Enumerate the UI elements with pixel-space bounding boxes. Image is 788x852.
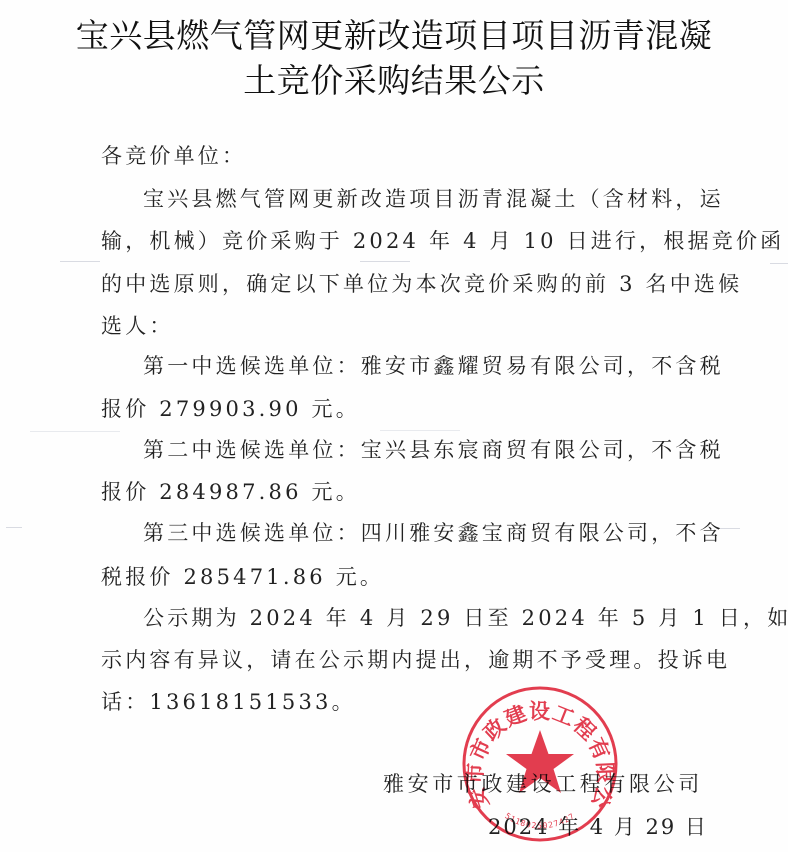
candidate-1-price-line: 报价 279903.90 元。 bbox=[101, 393, 360, 423]
scan-artifact-line bbox=[770, 263, 788, 264]
scan-artifact-line bbox=[360, 261, 410, 262]
intro-line: 的中选原则，确定以下单位为本次竞价采购的前 3 名中选候 bbox=[101, 268, 742, 298]
document-page: 宝兴县燃气管网更新改造项目项目沥青混凝 土竞价采购结果公示 各竞价单位： 宝兴县… bbox=[0, 0, 788, 852]
star-icon bbox=[506, 730, 574, 793]
notice-line: 公示期为 2024 年 4 月 29 日至 2024 年 5 月 1 日，如对公 bbox=[143, 602, 788, 632]
scan-artifact-line bbox=[60, 261, 100, 262]
notice-line: 示内容有异议，请在公示期内提出，逾期不予受理。投诉电 bbox=[101, 644, 730, 674]
svg-text:5118025027427: 5118025027427 bbox=[503, 811, 576, 830]
scan-artifact-line bbox=[6, 527, 22, 528]
document-title-line-1: 宝兴县燃气管网更新改造项目项目沥青混凝 bbox=[0, 10, 788, 57]
scan-artifact-line bbox=[30, 431, 120, 432]
intro-line: 选人： bbox=[101, 310, 174, 340]
candidate-3-price-line: 税报价 285471.86 元。 bbox=[101, 561, 384, 591]
intro-line: 输，机械）竞价采购于 2024 年 4 月 10 日进行，根据竞价函 bbox=[101, 225, 784, 255]
seal-code: 5118025027427 bbox=[503, 811, 576, 830]
scan-artifact-line bbox=[380, 430, 460, 431]
document-title-line-2: 土竞价采购结果公示 bbox=[0, 55, 788, 102]
salutation: 各竞价单位： bbox=[101, 140, 246, 170]
intro-line: 宝兴县燃气管网更新改造项目沥青混凝土（含材料，运 bbox=[143, 183, 724, 213]
candidate-3-line: 第三中选候选单位：四川雅安鑫宝商贸有限公司，不含 bbox=[143, 517, 724, 547]
candidate-1-line: 第一中选候选单位：雅安市鑫耀贸易有限公司，不含税 bbox=[143, 350, 724, 380]
candidate-2-line: 第二中选候选单位：宝兴县东宸商贸有限公司，不含税 bbox=[143, 434, 724, 464]
notice-line: 话：13618151533。 bbox=[101, 686, 356, 716]
candidate-2-price-line: 报价 284987.86 元。 bbox=[101, 476, 360, 506]
official-seal: 雅安市市政建设工程有限公司 5118025027427 bbox=[460, 684, 620, 844]
